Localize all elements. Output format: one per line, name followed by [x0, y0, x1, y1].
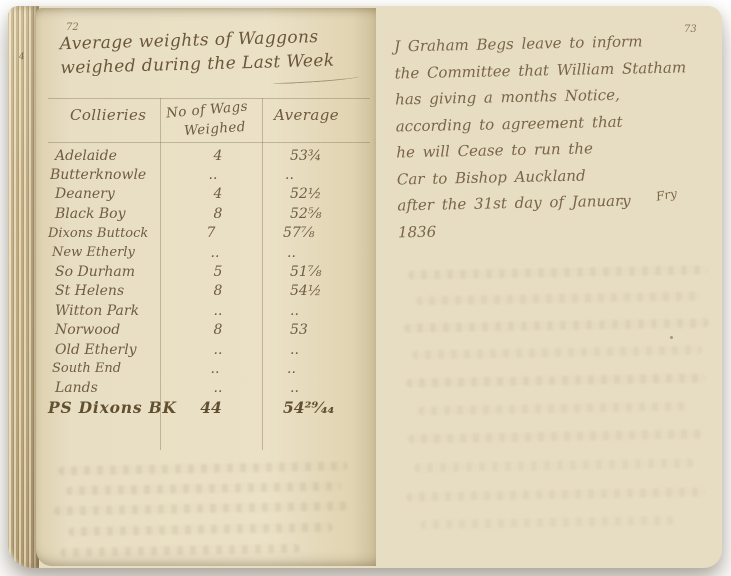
paper-speck	[556, 124, 559, 127]
show-through-line	[418, 402, 688, 416]
book-fore-edge	[8, 6, 39, 568]
wagons-count: 4	[167, 148, 269, 164]
show-through-line	[404, 318, 709, 332]
header-average: Average	[274, 106, 339, 124]
average-weight: 52½	[269, 186, 370, 202]
paper-speck	[670, 336, 673, 339]
meeting-note: J Graham Begs leave to inform the Commit…	[394, 27, 728, 246]
table-row: Adelaide 4 53¾	[48, 146, 370, 165]
show-through-line	[406, 373, 706, 387]
show-through-line	[412, 345, 702, 359]
table-row-total: PS Dixons BK 44 54²⁹⁄₄₄	[48, 398, 370, 417]
colliery-name: Old Etherly	[48, 342, 167, 358]
average-weight: ..	[266, 245, 370, 261]
wagons-count: 8	[167, 322, 269, 338]
average-weight: 52⅝	[269, 206, 370, 222]
show-through-line	[408, 265, 708, 279]
table-row: Deanery 4 52½	[48, 185, 370, 204]
colliery-name: Deanery	[48, 186, 167, 202]
colliery-name: Butterknowle	[48, 167, 162, 183]
table-row: Dixons Buttock 7 57⅞	[48, 224, 370, 243]
colliery-name: Dixons Buttock	[48, 226, 160, 241]
colliery-name: Lands	[48, 380, 167, 396]
colliery-name: New Etherly	[48, 245, 164, 260]
average-weight: 54²⁹⁄₄₄	[262, 398, 370, 417]
table-row: Norwood 8 53	[48, 321, 370, 340]
wagons-count: ..	[167, 380, 269, 396]
show-through-line	[406, 487, 706, 501]
average-weight: 57⅞	[262, 225, 370, 241]
wagons-count: ..	[164, 245, 266, 261]
wagons-count: ..	[164, 361, 266, 377]
paper-speck	[620, 202, 623, 205]
fore-edge-number: 4	[19, 52, 26, 62]
colliery-name: Adelaide	[48, 148, 167, 164]
wagons-count: ..	[162, 167, 264, 183]
page-title: Average weights of Waggons weighed durin…	[59, 24, 366, 81]
colliery-name: Norwood	[48, 322, 167, 338]
wagons-count: 5	[167, 264, 269, 280]
show-through-line	[420, 516, 675, 529]
average-weight: ..	[269, 380, 370, 396]
average-weight: ..	[269, 342, 370, 358]
table-row: South End .. ..	[48, 359, 370, 378]
colliery-name: South End	[48, 361, 164, 376]
table-row: Old Etherly .. ..	[48, 340, 370, 359]
collieries-table: Adelaide 4 53¾ Butterknowle .. .. Deaner…	[48, 146, 370, 417]
average-weight: 54½	[269, 283, 370, 299]
average-weight: 53¾	[269, 148, 370, 164]
table-row: Butterknowle .. ..	[48, 165, 370, 184]
table-row: Black Boy 8 52⅝	[48, 204, 370, 223]
colliery-name: Black Boy	[48, 206, 167, 222]
show-through-line	[414, 459, 694, 473]
table-rule-top	[48, 98, 370, 99]
table-row: So Durham 5 51⅞	[48, 262, 370, 281]
colliery-name: St Helens	[48, 283, 167, 299]
colliery-name: Witton Park	[48, 303, 167, 319]
wagons-count: 8	[167, 206, 269, 222]
table-row: Witton Park .. ..	[48, 301, 370, 320]
wagons-count: 7	[160, 225, 262, 241]
header-collieries: Collieries	[70, 106, 146, 124]
average-weight: 53	[269, 322, 370, 338]
wagons-count: 8	[167, 283, 269, 299]
table-row: St Helens 8 54½	[48, 282, 370, 301]
photo-of-open-ledger: 4 72 Average weights of Waggons weighed …	[0, 0, 731, 576]
wagons-count: ..	[167, 342, 269, 358]
table-rule-header-bottom	[48, 142, 370, 143]
wagons-count: ..	[167, 303, 269, 319]
wagons-count: 4	[167, 186, 269, 202]
table-row: Lands .. ..	[48, 379, 370, 398]
table-row: New Etherly .. ..	[48, 243, 370, 262]
average-weight: ..	[269, 303, 370, 319]
average-weight: 51⅞	[269, 264, 370, 280]
colliery-name: PS Dixons BK	[48, 398, 160, 417]
average-weight: ..	[264, 167, 370, 183]
colliery-name: So Durham	[48, 264, 167, 280]
wagons-count: 44	[160, 398, 262, 417]
show-through-line	[416, 292, 701, 306]
show-through-line	[408, 429, 703, 443]
average-weight: ..	[266, 361, 370, 377]
ledger-book: 4 72 Average weights of Waggons weighed …	[8, 6, 722, 568]
